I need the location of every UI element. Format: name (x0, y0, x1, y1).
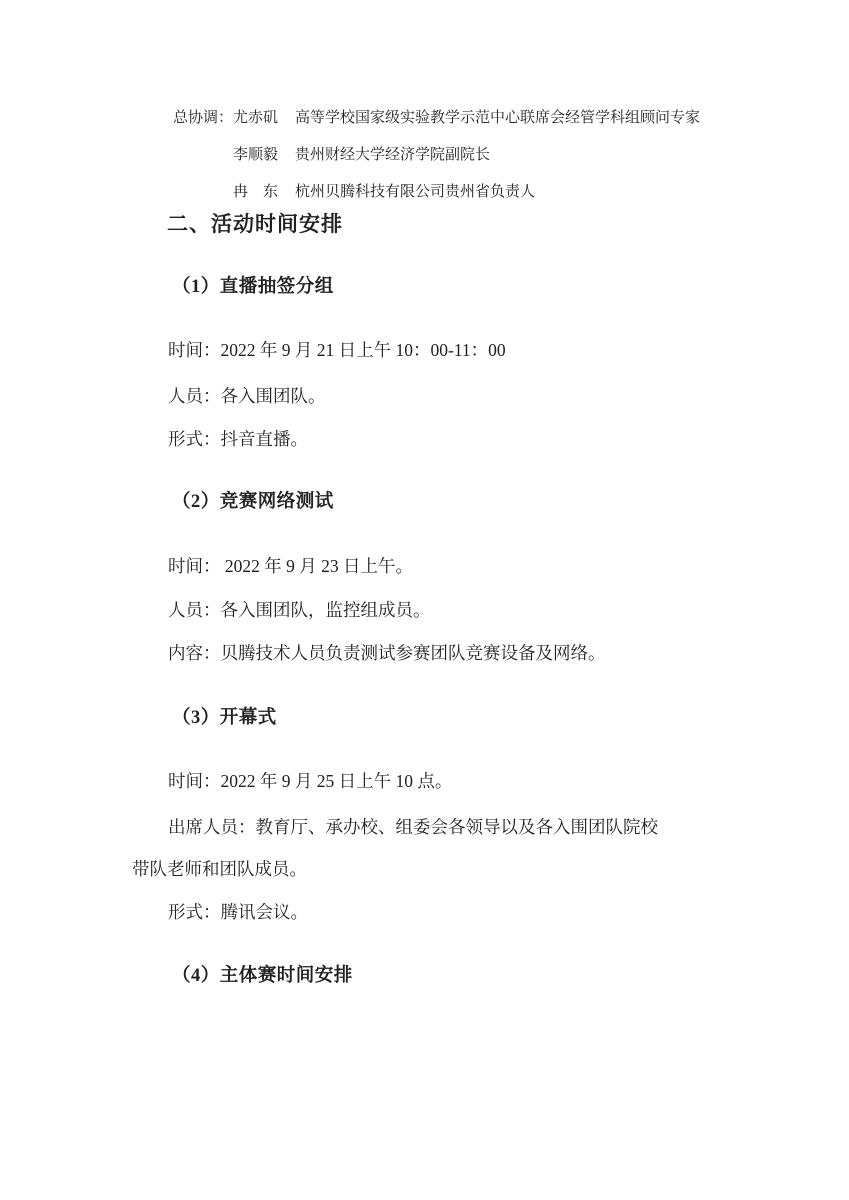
coordinator-row: 冉 东杭州贝腾科技有限公司贵州省负责人 (233, 184, 535, 201)
coordinator-row: 李顺毅贵州财经大学经济学院副院长 (233, 147, 490, 164)
coordinator-title: 高等学校国家级实验教学示范中心联席会经管学科组顾问专家 (295, 110, 700, 126)
coordinator-title: 杭州贝腾科技有限公司贵州省负责人 (295, 184, 535, 200)
coordinator-name: 冉 东 (233, 184, 278, 201)
coordinator-name: 李顺毅 (233, 147, 278, 164)
subsection-heading: （3）开幕式 (172, 708, 277, 729)
body-line: 带队老师和团队成员。 (132, 859, 307, 879)
coordinator-label: 总协调： (173, 110, 233, 127)
body-line: 内容：贝腾技术人员负责测试参赛团队竞赛设备及网络。 (168, 643, 606, 663)
body-line: 出席人员：教育厅、承办校、组委会各领导以及各入围团队院校 (168, 817, 658, 837)
subsection-heading: （1）直播抽签分组 (172, 277, 334, 298)
subsection-heading: （4）主体赛时间安排 (172, 966, 353, 987)
body-line: 人员：各入围团队，监控组成员。 (168, 600, 431, 620)
body-line: 时间： 2022 年 9 月 23 日上午。 (168, 556, 413, 576)
coordinator-title: 贵州财经大学经济学院副院长 (295, 147, 490, 163)
body-line: 形式：腾讯会议。 (168, 902, 308, 922)
body-line: 形式：抖音直播。 (168, 429, 308, 449)
subsection-heading: （2）竞赛网络测试 (172, 492, 334, 513)
document-page: 总协调：尤赤矶高等学校国家级实验教学示范中心联席会经管学科组顾问专家 李顺毅贵州… (0, 0, 849, 1200)
body-line: 时间：2022 年 9 月 21 日上午 10：00-11：00 (168, 340, 506, 360)
section-heading: 二、活动时间安排 (167, 212, 343, 236)
body-line: 人员：各入围团队。 (168, 386, 326, 406)
coordinator-name: 尤赤矶 (233, 110, 278, 127)
coordinator-row: 总协调：尤赤矶高等学校国家级实验教学示范中心联席会经管学科组顾问专家 (173, 110, 700, 127)
body-line: 时间：2022 年 9 月 25 日上午 10 点。 (168, 771, 452, 791)
